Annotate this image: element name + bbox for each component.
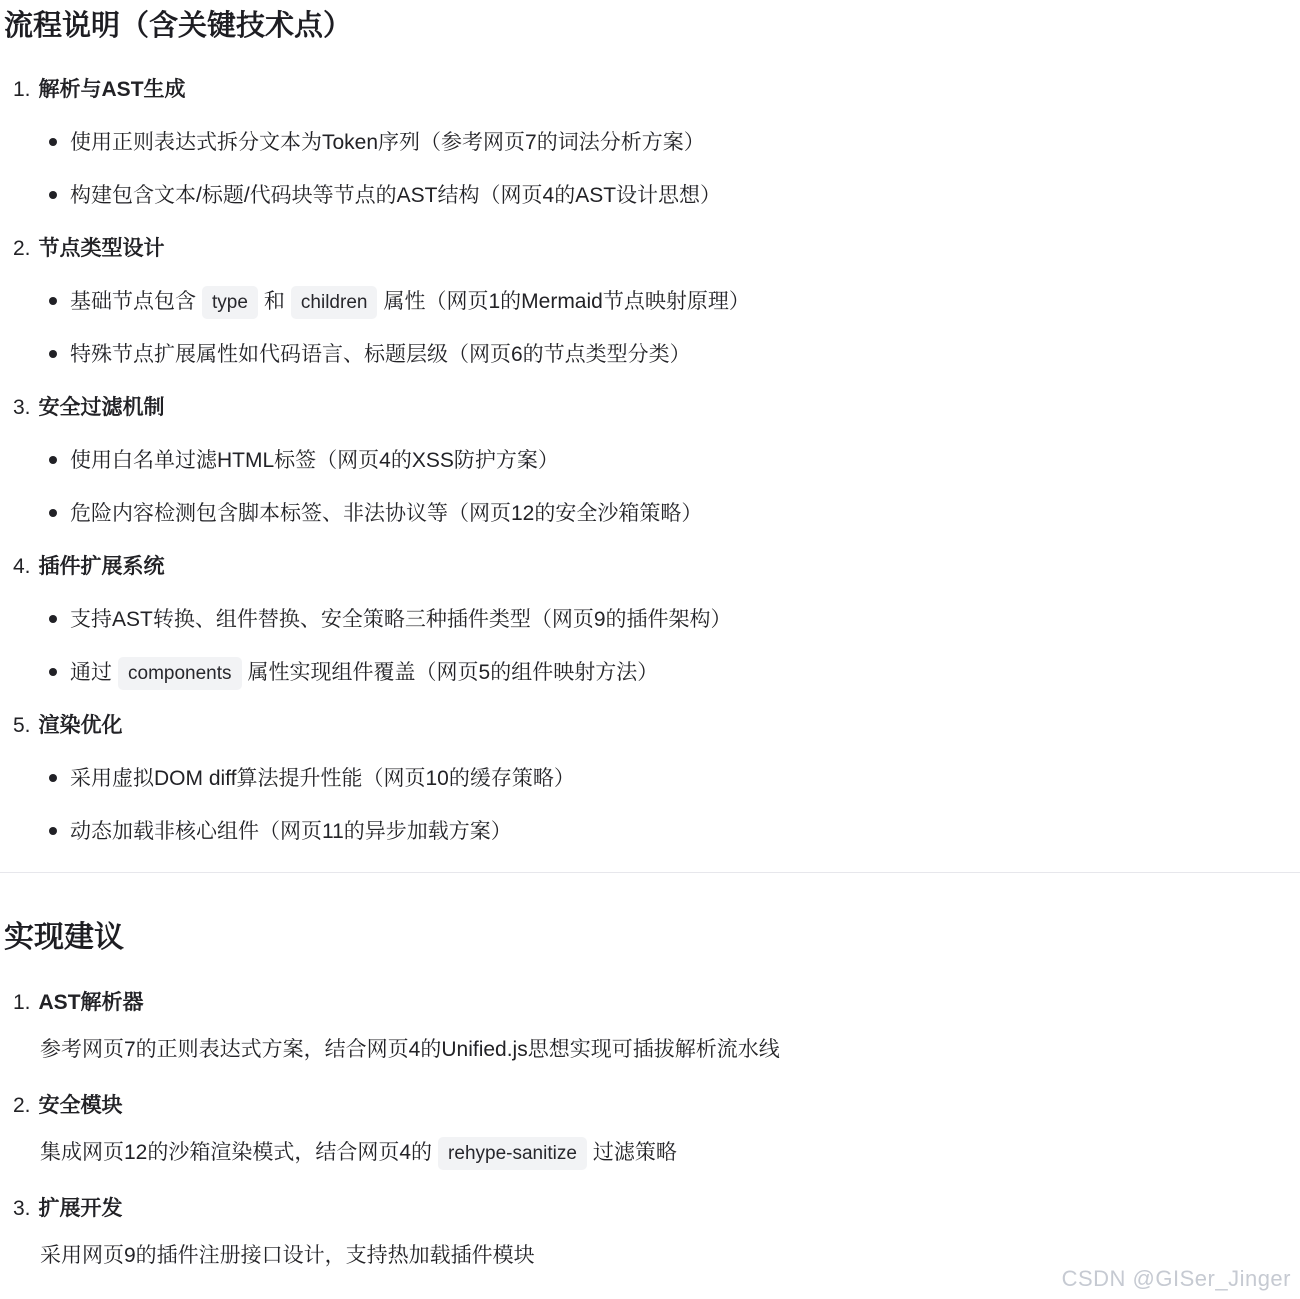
paragraph-text: 采用网页9的插件注册接口设计，支持热加载插件模块 [40, 1244, 535, 1267]
list-item-label: 节点类型设计 [39, 237, 165, 260]
list-item-label: 安全过滤机制 [39, 396, 165, 419]
list-item-number: 2. [13, 236, 31, 261]
bullet-text: 使用正则表达式拆分文本为Token序列（参考网页7的词法分析方案） [70, 131, 705, 154]
suggestion-body-1: 参考网页7的正则表达式方案，结合网页4的Unified.js思想实现可插拔解析流… [40, 1035, 1300, 1065]
bullet-marker [49, 615, 57, 623]
bullet-item: 使用白名单过滤HTML标签（网页4的XSS防护方案） [70, 448, 1300, 473]
inline-code: components [118, 657, 242, 690]
paragraph-text: 参考网页7的正则表达式方案，结合网页4的Unified.js思想实现可插拔解析流… [40, 1038, 780, 1061]
bullet-item: 采用虚拟DOM diff算法提升性能（网页10的缓存策略） [70, 766, 1300, 791]
bullet-text: 使用白名单过滤HTML标签（网页4的XSS防护方案） [70, 449, 559, 472]
bullet-item: 危险内容检测包含脚本标签、非法协议等（网页12的安全沙箱策略） [70, 501, 1300, 526]
bullet-item: 构建包含文本/标题/代码块等节点的AST结构（网页4的AST设计思想） [70, 183, 1300, 208]
list-item-number: 1. [13, 77, 31, 102]
bullet-marker [49, 668, 57, 676]
list-item-number: 3. [13, 1196, 31, 1221]
list-item-label: 插件扩展系统 [39, 555, 165, 578]
section-heading-suggestions: 实现建议 [4, 919, 1300, 957]
bullet-text: 基础节点包含 [70, 290, 196, 313]
list-item-number: 2. [13, 1093, 31, 1118]
list-item-number: 4. [13, 554, 31, 579]
bullet-marker [49, 827, 57, 835]
list-item-title-2: 2.节点类型设计 [13, 236, 1300, 261]
list-item-label: 扩展开发 [39, 1197, 123, 1220]
bullet-item: 使用正则表达式拆分文本为Token序列（参考网页7的词法分析方案） [70, 130, 1300, 155]
inline-code: type [202, 286, 258, 319]
list-item-number: 1. [13, 990, 31, 1015]
bullet-marker [49, 191, 57, 199]
list-item-title-3: 3.安全过滤机制 [13, 395, 1300, 420]
list-item-title-1: 1.解析与AST生成 [13, 77, 1300, 102]
suggestions-list: 1.AST解析器 参考网页7的正则表达式方案，结合网页4的Unified.js思… [0, 990, 1300, 1271]
bullet-text: 属性（网页1的Mermaid节点映射原理） [383, 290, 749, 313]
bullet-text: 特殊节点扩展属性如代码语言、标题层级（网页6的节点类型分类） [70, 343, 691, 366]
csdn-watermark: CSDN @GISer_Jinger [1062, 1266, 1291, 1292]
bullet-text: 动态加载非核心组件（网页11的异步加载方案） [70, 820, 512, 843]
bullet-text: 危险内容检测包含脚本标签、非法协议等（网页12的安全沙箱策略） [70, 502, 702, 525]
list-item-title-4: 4.插件扩展系统 [13, 554, 1300, 579]
bullet-text: 支持AST转换、组件替换、安全策略三种插件类型（网页9的插件架构） [70, 608, 732, 631]
bullet-marker [49, 774, 57, 782]
inline-code: rehype-sanitize [438, 1137, 587, 1170]
bullet-text: 采用虚拟DOM diff算法提升性能（网页10的缓存策略） [70, 767, 575, 790]
suggestion-title-3: 3.扩展开发 [13, 1196, 1300, 1221]
bullet-text: 和 [264, 290, 285, 313]
list-item-number: 5. [13, 713, 31, 738]
suggestion-title-1: 1.AST解析器 [13, 990, 1300, 1015]
article-body: 流程说明（含关键技术点） 1.解析与AST生成 使用正则表达式拆分文本为Toke… [0, 0, 1300, 1271]
bullet-item: 支持AST转换、组件替换、安全策略三种插件类型（网页9的插件架构） [70, 607, 1300, 632]
bullet-item: 动态加载非核心组件（网页11的异步加载方案） [70, 819, 1300, 844]
suggestion-title-2: 2.安全模块 [13, 1093, 1300, 1118]
list-item-label: AST解析器 [39, 991, 144, 1014]
paragraph-text: 集成网页12的沙箱渲染模式，结合网页4的 [40, 1141, 432, 1164]
list-item-number: 3. [13, 395, 31, 420]
bullet-marker [49, 297, 57, 305]
paragraph-text: 过滤策略 [593, 1141, 677, 1164]
bullet-text: 构建包含文本/标题/代码块等节点的AST结构（网页4的AST设计思想） [70, 184, 721, 207]
list-item-label: 解析与AST生成 [39, 78, 186, 101]
bullet-item: 特殊节点扩展属性如代码语言、标题层级（网页6的节点类型分类） [70, 342, 1300, 367]
list-item-title-5: 5.渲染优化 [13, 713, 1300, 738]
bullet-text: 通过 [70, 661, 112, 684]
section-heading-process: 流程说明（含关键技术点） [4, 8, 1300, 44]
bullet-item: 基础节点包含type和children属性（网页1的Mermaid节点映射原理） [70, 289, 1300, 314]
bullet-marker [49, 138, 57, 146]
suggestion-body-2: 集成网页12的沙箱渲染模式，结合网页4的rehype-sanitize过滤策略 [40, 1138, 1300, 1168]
bullet-marker [49, 456, 57, 464]
bullet-item: 通过components属性实现组件覆盖（网页5的组件映射方法） [70, 660, 1300, 685]
inline-code: children [291, 286, 378, 319]
section-divider [0, 872, 1300, 873]
bullet-marker [49, 350, 57, 358]
list-item-label: 安全模块 [39, 1094, 123, 1117]
list-item-label: 渲染优化 [39, 714, 123, 737]
process-list: 1.解析与AST生成 使用正则表达式拆分文本为Token序列（参考网页7的词法分… [0, 77, 1300, 844]
bullet-marker [49, 509, 57, 517]
bullet-text: 属性实现组件覆盖（网页5的组件映射方法） [248, 661, 659, 684]
